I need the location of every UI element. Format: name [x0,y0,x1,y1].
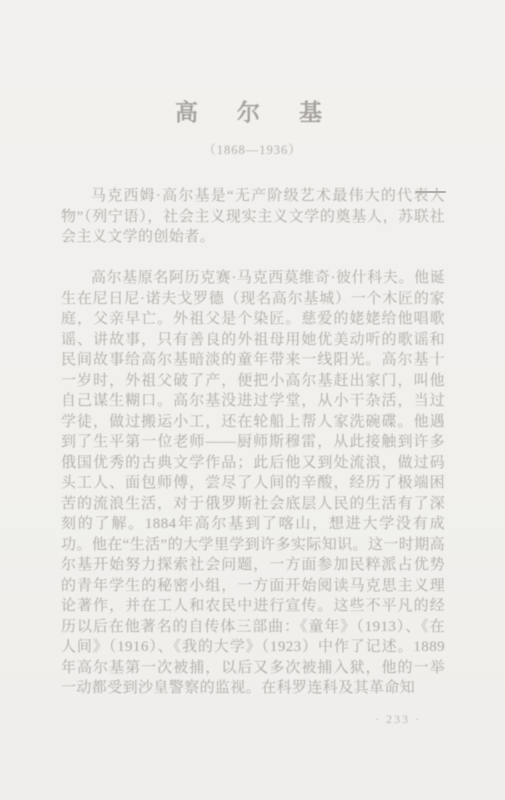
page-title: 高 尔 基 [0,94,505,127]
scanned-book-page: 高 尔 基 （1868—1936） 马克西姆·高尔基是“无产阶级艺术最伟大的代表… [0,0,505,800]
lifespan-text: （1868—1936） [0,140,505,158]
body-text: 马克西姆·高尔基是“无产阶级艺术最伟大的代表人物”（列宁语），社会主义现实主义文… [61,186,445,699]
paragraph: 马克西姆·高尔基是“无产阶级艺术最伟大的代表人物”（列宁语），社会主义现实主义文… [61,186,445,248]
page-number: · 233 · [375,712,421,727]
paragraph: 高尔基原名阿历克赛·马克西莫维奇·彼什科夫。他诞生在尼日尼·诺夫戈罗德（现名高尔… [61,268,445,699]
